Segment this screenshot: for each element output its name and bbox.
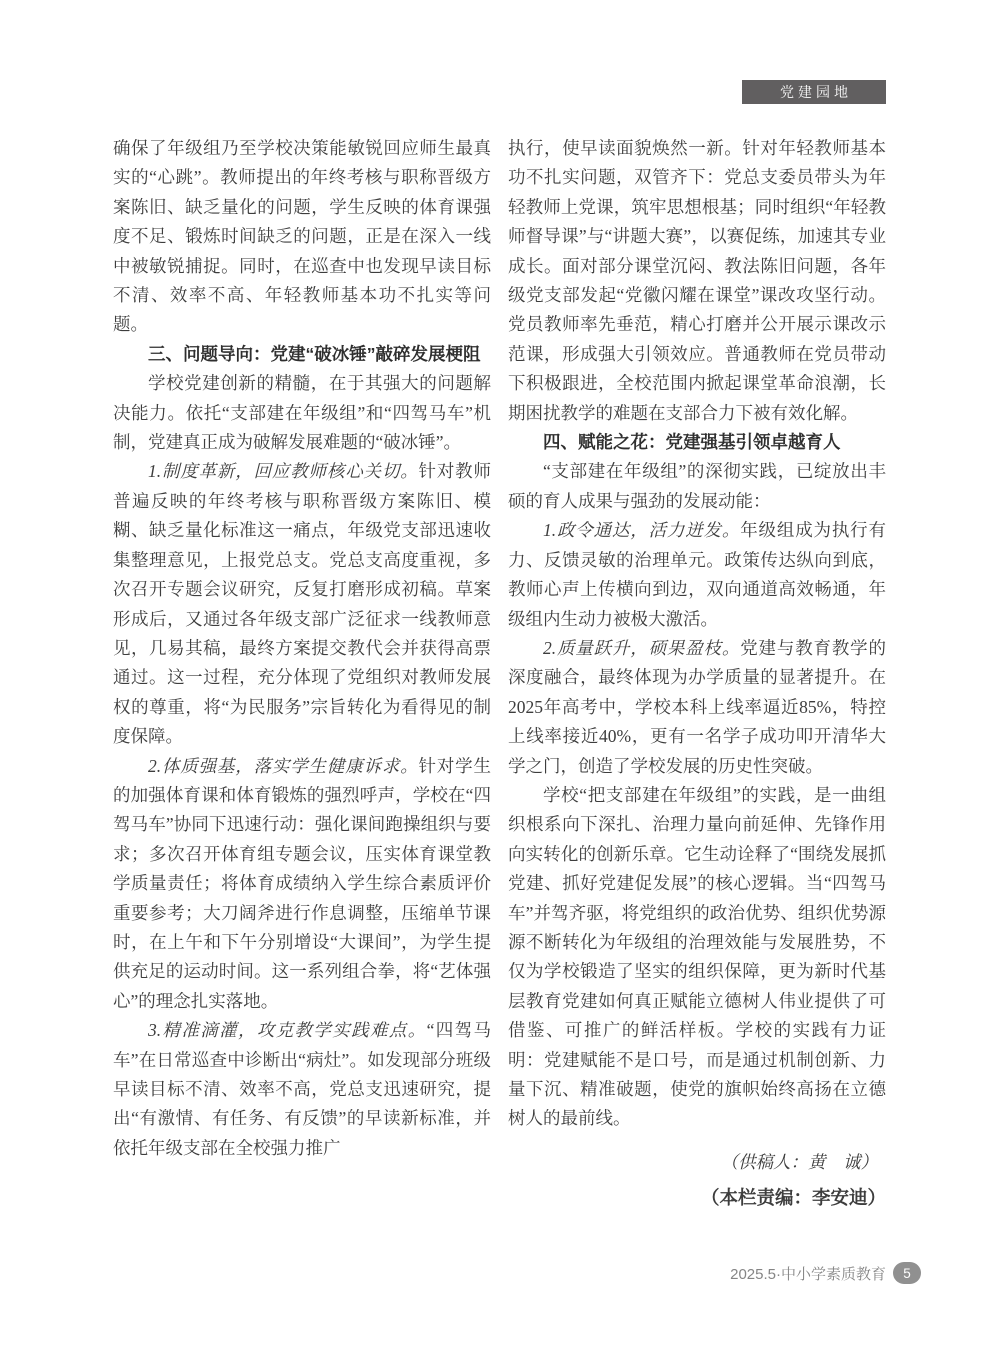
editor-line: （本栏责编：李安迪） [508, 1183, 886, 1212]
section-badge: 党建园地 [742, 80, 886, 104]
item-text: 党建与教育教学的深度融合，最终体现为办学质量的显著提升。在2025年高考中，学校… [508, 638, 886, 776]
item-lead: 1.政令通达，活力迸发。 [543, 520, 740, 540]
paragraph-continuation: 执行，使早读面貌焕然一新。针对年轻教师基本功不扎实问题，双管齐下：党总支委员带头… [508, 134, 886, 428]
numbered-item-3: 3.精准滴灌，攻克教学实践难点。“四驾马车”在日常巡查中诊断出“病灶”。如发现部… [113, 1016, 491, 1163]
paragraph: 学校党建创新的精髓，在于其强大的问题解决能力。依托“支部建在年级组”和“四驾马车… [113, 369, 491, 457]
item-lead: 1.制度革新，回应教师核心关切。 [148, 461, 419, 481]
section-badge-label: 党建园地 [780, 82, 852, 102]
numbered-item-1: 1.政令通达，活力迸发。年级组成为执行有力、反馈灵敏的治理单元。政策传达纵向到底… [508, 516, 886, 634]
magazine-page: 党建园地 确保了年级组乃至学校决策能敏锐回应师生最真实的“心跳”。教师提出的年终… [0, 0, 992, 1346]
right-column: 执行，使早读面貌焕然一新。针对年轻教师基本功不扎实问题，双管齐下：党总支委员带头… [508, 134, 886, 1213]
item-lead: 3.精准滴灌，攻克教学实践难点。 [148, 1020, 427, 1040]
item-lead: 2.质量跃升，硕果盈枝。 [543, 638, 740, 658]
item-text: 针对学生的加强体育课和体育锻炼的强烈呼声，学校在“四驾马车”协同下迅速行动：强化… [113, 756, 491, 1011]
page-number-badge: 5 [893, 1262, 921, 1284]
item-text: “四驾马车”在日常巡查中诊断出“病灶”。如发现部分班级早读目标不清、效率不高，党… [113, 1020, 491, 1158]
contributor-line: （供稿人：黄 诚） [508, 1148, 886, 1177]
closing-paragraph: 学校“把支部建在年级组”的实践，是一曲组织根系向下深扎、治理力量向前延伸、先锋作… [508, 781, 886, 1134]
page-footer: 2025.5·中小学素质教育 5 [730, 1261, 921, 1285]
numbered-item-1: 1.制度革新，回应教师核心关切。针对教师普遍反映的年终考核与职称晋级方案陈旧、模… [113, 457, 491, 751]
numbered-item-2: 2.质量跃升，硕果盈枝。党建与教育教学的深度融合，最终体现为办学质量的显著提升。… [508, 634, 886, 781]
footer-issue-label: 2025.5·中小学素质教育 [730, 1263, 886, 1284]
numbered-item-2: 2.体质强基，落实学生健康诉求。针对学生的加强体育课和体育锻炼的强烈呼声，学校在… [113, 752, 491, 1017]
item-lead: 2.体质强基，落实学生健康诉求。 [148, 756, 419, 776]
item-text: 针对教师普遍反映的年终考核与职称晋级方案陈旧、模糊、缺乏量化标准这一痛点，年级党… [113, 461, 491, 746]
paragraph-continuation: 确保了年级组乃至学校决策能敏锐回应师生最真实的“心跳”。教师提出的年终考核与职称… [113, 134, 491, 340]
article-body: 确保了年级组乃至学校决策能敏锐回应师生最真实的“心跳”。教师提出的年终考核与职称… [113, 134, 886, 1213]
left-column: 确保了年级组乃至学校决策能敏锐回应师生最真实的“心跳”。教师提出的年终考核与职称… [113, 134, 491, 1213]
paragraph: “支部建在年级组”的深彻实践，已绽放出丰硕的育人成果与强劲的发展动能： [508, 457, 886, 516]
section-heading-3: 三、问题导向：党建“破冰锤”敲碎发展梗阻 [113, 340, 491, 369]
section-heading-4: 四、赋能之花：党建强基引领卓越育人 [508, 428, 886, 457]
